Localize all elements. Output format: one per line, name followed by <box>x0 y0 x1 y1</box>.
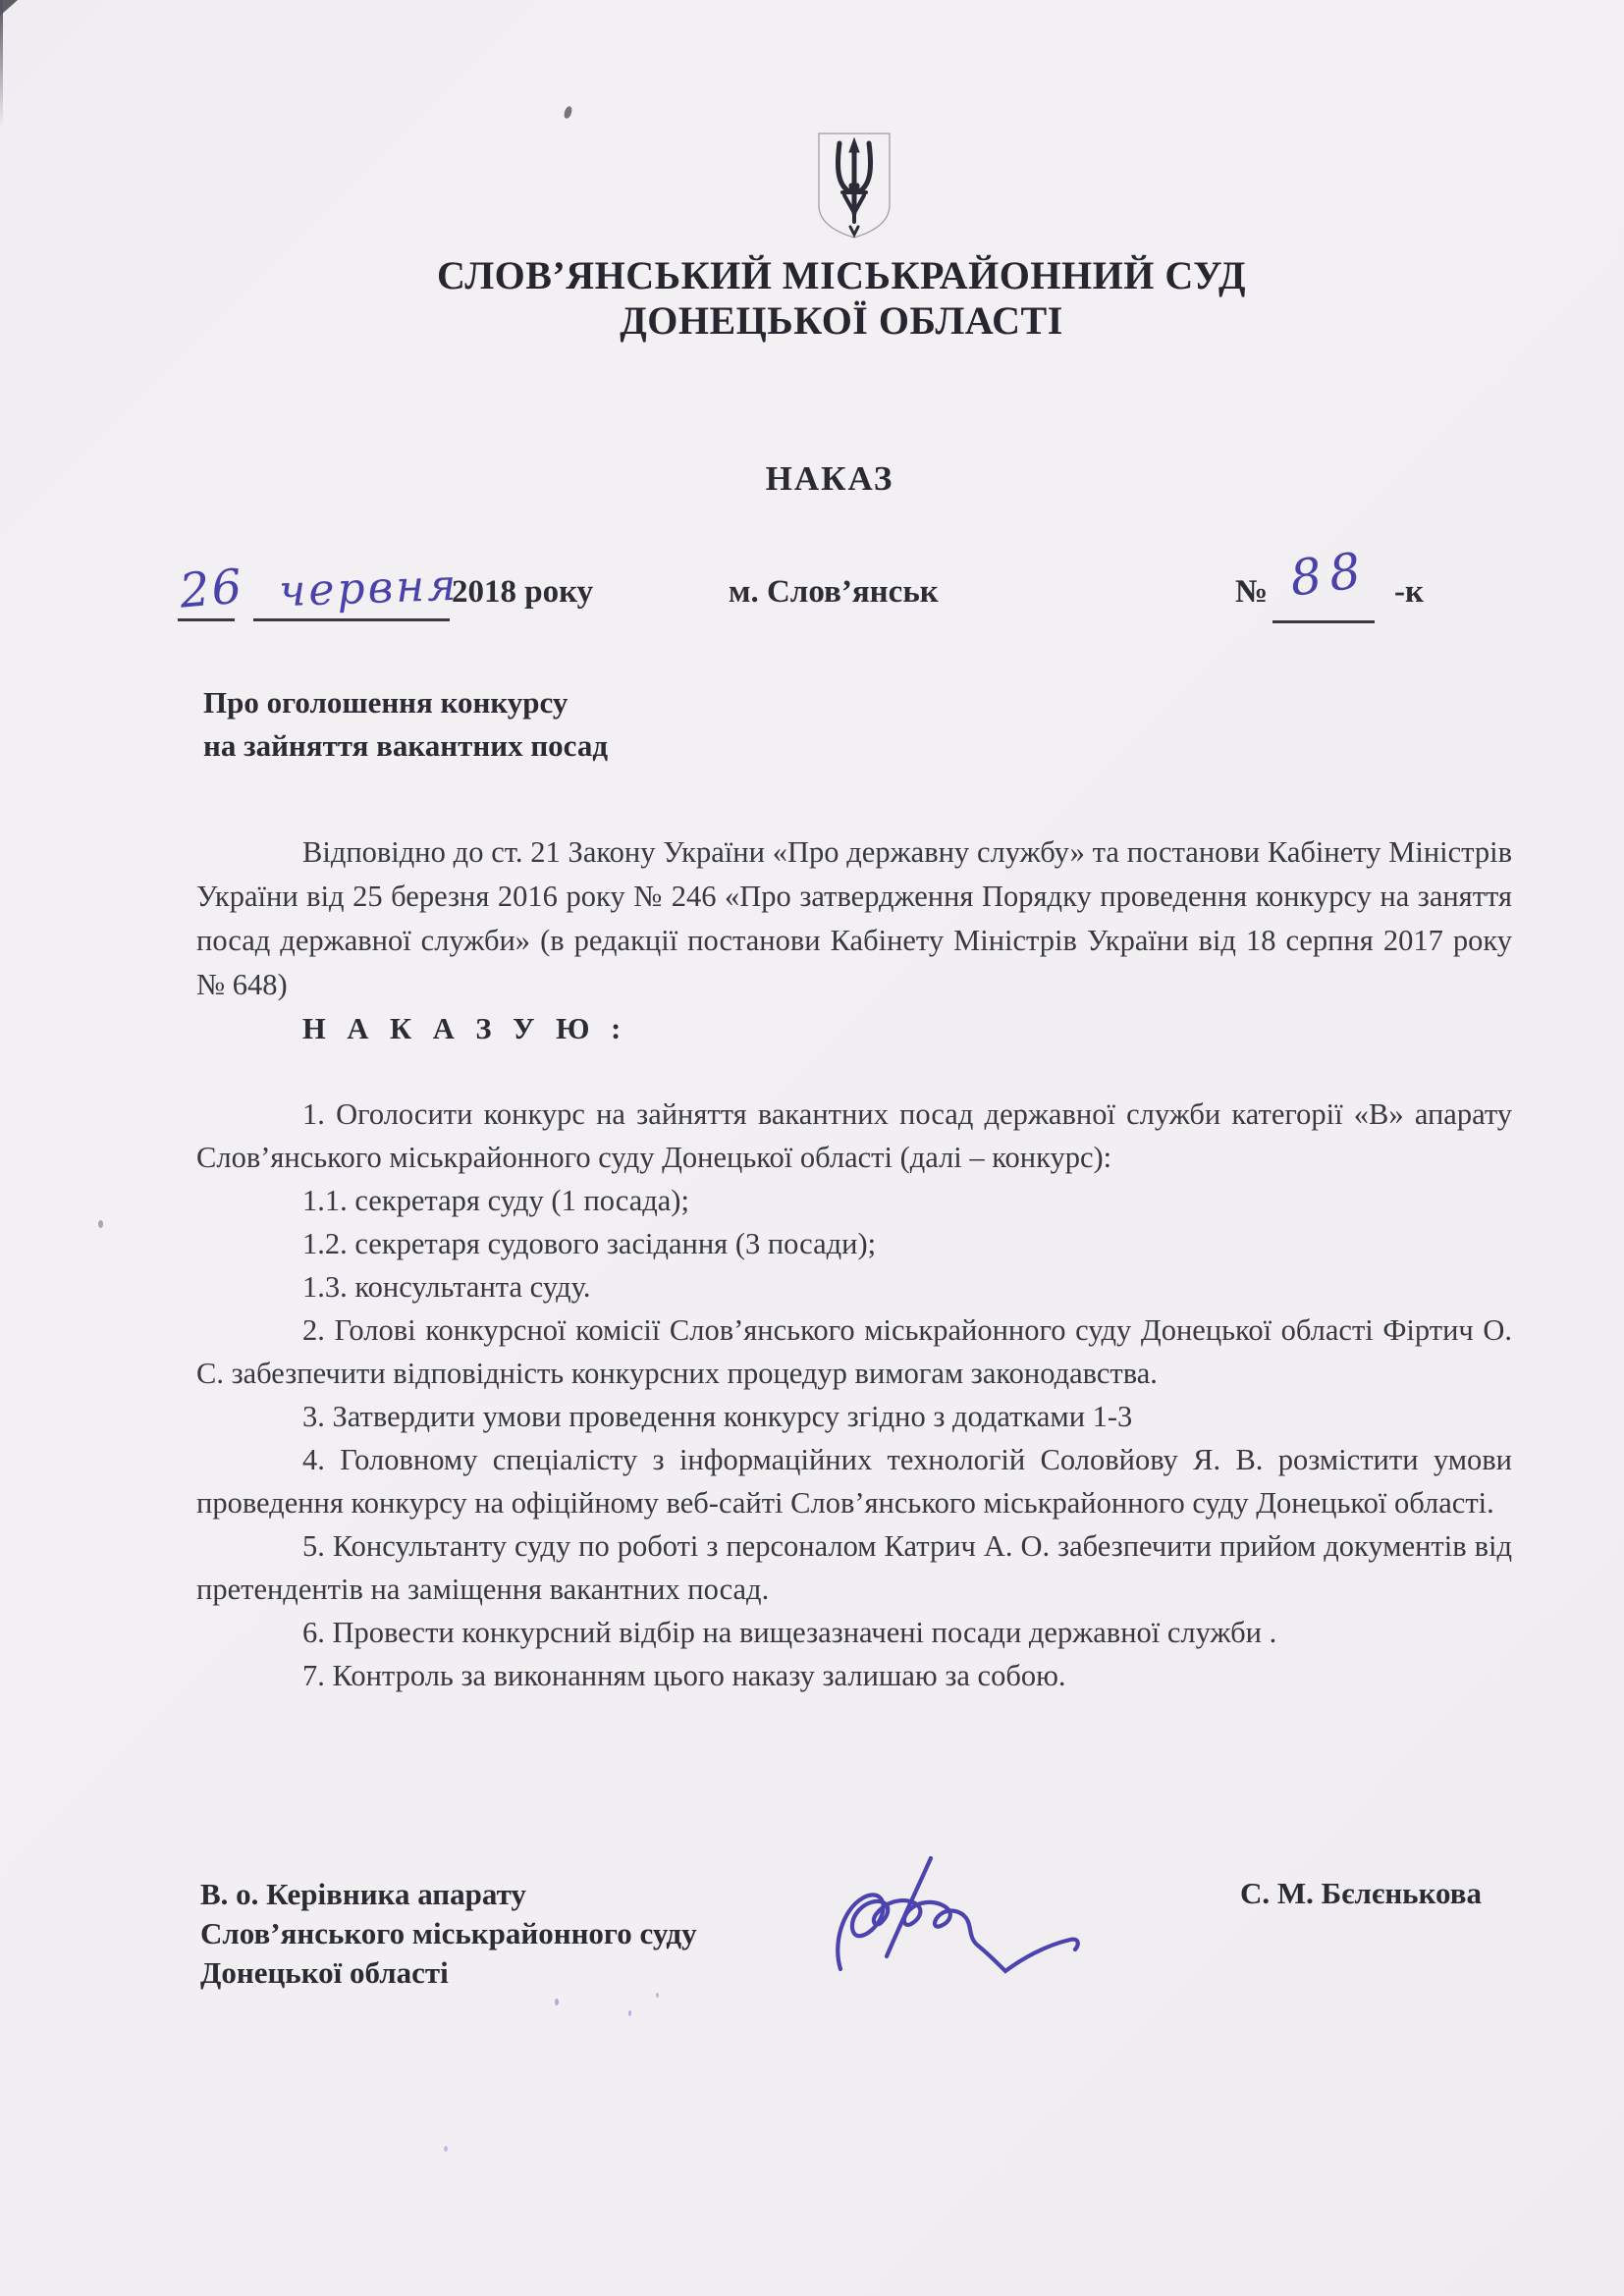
intro-paragraph: Відповідно до ст. 21 Закону України «Про… <box>196 830 1512 1007</box>
order-subitem: 1.2. секретаря судового засідання (3 пос… <box>196 1222 1512 1265</box>
signer-name: С. М. Бєлєнькова <box>1240 1876 1482 1911</box>
year-label: 2018 року <box>452 574 593 611</box>
number-underline <box>1272 620 1375 623</box>
court-name-line2: ДОНЕЦЬКОЇ ОБЛАСТІ <box>59 298 1624 344</box>
order-item: 4. Головному спеціалісту з інформаційних… <box>196 1438 1512 1524</box>
scan-speck <box>656 1993 659 1998</box>
scanned-document-page: СЛОВ’ЯНСЬКИЙ МІСЬКРАЙОННИЙ СУД ДОНЕЦЬКОЇ… <box>0 0 1624 2296</box>
handwritten-order-number: 88 <box>1287 541 1372 607</box>
order-item: 2. Голові конкурсної комісії Слов’янсько… <box>196 1308 1512 1395</box>
ukraine-trident-emblem-icon <box>815 131 893 240</box>
order-item: 5. Консультанту суду по роботі з персона… <box>196 1524 1512 1611</box>
order-items: 1. Оголосити конкурс на зайняття вакантн… <box>196 1093 1512 1697</box>
court-name-header: СЛОВ’ЯНСЬКИЙ МІСЬКРАЙОННИЙ СУД ДОНЕЦЬКОЇ… <box>59 253 1624 344</box>
scan-speck <box>563 105 573 120</box>
handwritten-signature <box>833 1853 1090 1978</box>
handwritten-month: червня <box>278 561 460 616</box>
signer-position-line3: Донецької області <box>200 1953 697 1993</box>
document-type-title: НАКАЗ <box>35 459 1624 499</box>
order-item: 1. Оголосити конкурс на зайняття вакантн… <box>196 1093 1512 1179</box>
signer-position: В. о. Керівника апарату Слов’янського мі… <box>200 1875 697 1993</box>
order-item: 6. Провести конкурсний відбір на вищезаз… <box>196 1611 1512 1654</box>
order-subitem: 1.1. секретаря суду (1 посада); <box>196 1179 1512 1222</box>
court-name-line1: СЛОВ’ЯНСЬКИЙ МІСЬКРАЙОННИЙ СУД <box>59 253 1624 298</box>
order-body: Відповідно до ст. 21 Закону України «Про… <box>196 830 1512 1697</box>
scan-speck <box>444 2146 448 2152</box>
order-subitem: 1.3. консультанта суду. <box>196 1265 1512 1308</box>
date-underline <box>253 618 450 621</box>
order-subject: Про оголошення конкурсу на зайняття вака… <box>203 681 608 768</box>
scan-speck <box>628 2010 631 2016</box>
signer-position-line2: Слов’янського міськрайонного суду <box>200 1914 697 1953</box>
handwritten-day: 26 <box>178 559 246 618</box>
order-item: 3. Затвердити умови проведення конкурсу … <box>196 1395 1512 1438</box>
order-subject-line1: Про оголошення конкурсу <box>203 681 608 724</box>
signer-position-line1: В. о. Керівника апарату <box>200 1875 697 1914</box>
order-word: Н А К А З У Ю : <box>196 1007 1512 1051</box>
scan-speck <box>555 1999 559 2005</box>
date-underline <box>178 618 235 621</box>
scan-edge-artifact <box>0 0 3 128</box>
number-suffix: -к <box>1394 574 1424 611</box>
number-sign: № <box>1235 574 1268 611</box>
city-label: м. Слов’янськ <box>729 574 939 611</box>
order-item: 7. Контроль за виконанням цього наказу з… <box>196 1654 1512 1697</box>
scan-speck <box>98 1220 103 1228</box>
order-subject-line2: на зайняття вакантних посад <box>203 724 608 768</box>
